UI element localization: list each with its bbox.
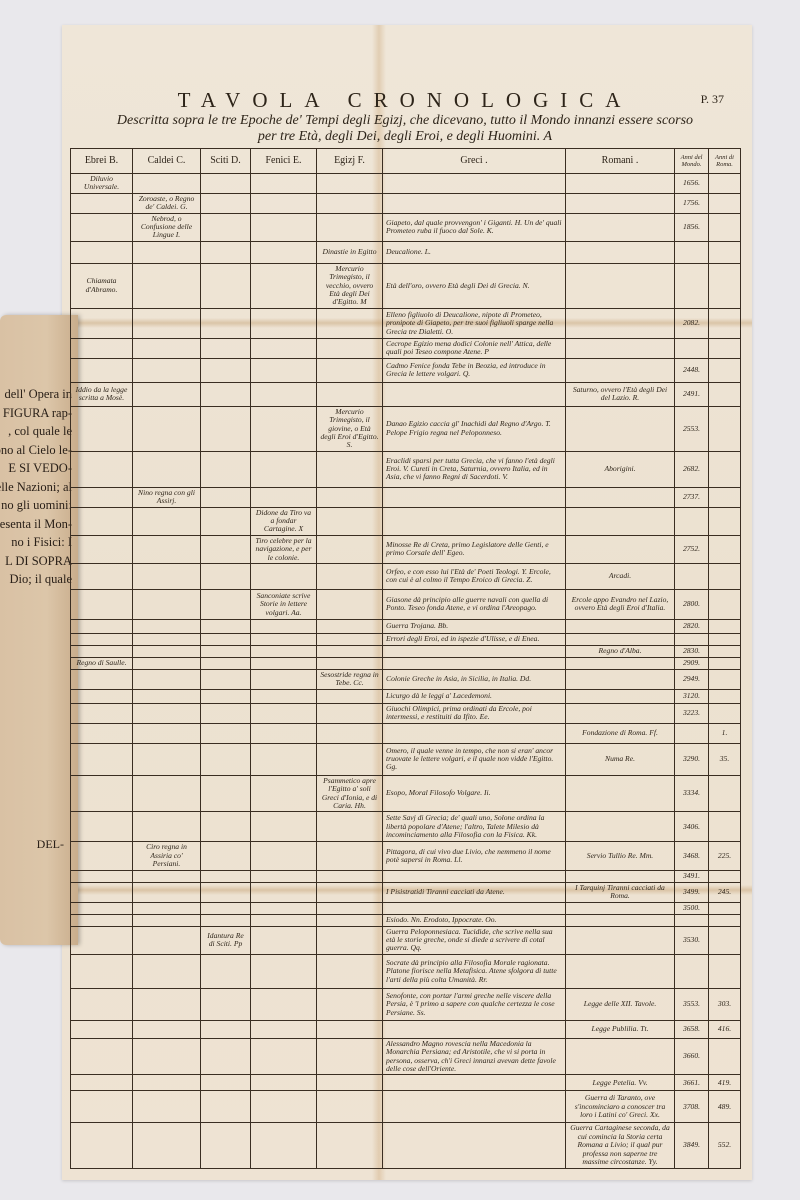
cell-ebrei: Regno di Saulle. [71,657,133,669]
cell-ebrei [71,870,133,882]
cell-caldei [133,775,201,812]
cell-egizj [317,882,383,902]
cell-mondo: 2752. [675,535,709,563]
cell-romani [566,689,675,703]
cell-sciti [201,914,251,926]
cell-greci [383,1091,566,1123]
cell-mondo: 2800. [675,589,709,619]
cell-egizj [317,487,383,507]
cell-sciti [201,589,251,619]
cell-mondo: 3223. [675,703,709,723]
cell-egizj [317,633,383,645]
cell-mondo: 1756. [675,193,709,213]
table-row: Cecrope Egizio mena dodici Colonie nell'… [71,338,741,358]
table-row: Orfeo, e con esso lui l'Età de' Poeti Te… [71,563,741,589]
cell-sciti [201,308,251,338]
cell-greci: Licurgo dà le leggi a' Lacedemoni. [383,689,566,703]
cell-mondo: 2082. [675,308,709,338]
cell-mondo: 3849. [675,1123,709,1168]
cell-egizj [317,507,383,535]
cell-ebrei: Iddio da la legge scritta a Mosè. [71,382,133,406]
cell-romani: Ercole appo Evandro nel Lazio, ovvero Et… [566,589,675,619]
cell-greci: I Pisistratidi Tiranni cacciati da Atene… [383,882,566,902]
cell-fenici [251,669,317,689]
column-header-row: Ebrei B.Caldei C.Sciti D.Fenici E.Egizj … [71,149,741,174]
cell-greci: Alessandro Magno rovescia nella Macedoni… [383,1038,566,1075]
cell-romani [566,507,675,535]
cell-ebrei: Diluvio Universale. [71,174,133,194]
cell-caldei [133,902,201,914]
table-row: Cadmo Fenice fonda Tebe in Beozia, ed in… [71,358,741,382]
cell-egizj: Sesostride regna in Tebe. Cc. [317,669,383,689]
cell-mondo [675,563,709,589]
cell-fenici [251,988,317,1020]
cell-mondo [675,241,709,263]
cell-mondo: 3708. [675,1091,709,1123]
cell-ebrei [71,954,133,988]
book-text-line: ono al Cielo le- [0,441,72,460]
cell-fenici [251,723,317,743]
cell-romani [566,174,675,194]
cell-egizj [317,988,383,1020]
cell-roma [709,1038,741,1075]
cell-greci [383,193,566,213]
cell-caldei [133,812,201,842]
cell-fenici: Tiro celebre per la navigazione, e per l… [251,535,317,563]
cell-roma: 245. [709,882,741,902]
cell-caldei: Ciro regna in Assiria co' Persiani. [133,842,201,870]
cell-greci [383,507,566,535]
cell-ebrei [71,914,133,926]
cell-fenici [251,213,317,241]
cell-romani: Guerra Cartaginese seconda, da cui comin… [566,1123,675,1168]
cell-mondo: 1656. [675,174,709,194]
table-row: Omero, il quale venne in tempo, che non … [71,743,741,775]
column-header: Greci . [383,149,566,174]
cell-sciti [201,723,251,743]
cell-ebrei [71,902,133,914]
cell-greci [383,902,566,914]
cell-greci [383,1075,566,1091]
cell-romani [566,308,675,338]
cell-romani: Fondazione di Roma. Ff. [566,723,675,743]
cell-roma [709,703,741,723]
cell-romani [566,487,675,507]
cell-mondo: 3658. [675,1020,709,1038]
cell-egizj [317,723,383,743]
column-header: Anni del Mondo. [675,149,709,174]
cell-sciti [201,358,251,382]
cell-sciti [201,1075,251,1091]
cell-egizj [317,338,383,358]
cell-romani [566,657,675,669]
cell-fenici [251,338,317,358]
table-row: I Pisistratidi Tiranni cacciati da Atene… [71,882,741,902]
cell-fenici [251,382,317,406]
cell-caldei [133,645,201,657]
table-row: Psammetico apre l'Egitto a' soli Greci d… [71,775,741,812]
book-text-line: no i Fisici: I [0,533,72,552]
cell-fenici [251,870,317,882]
cell-mondo [675,507,709,535]
table-row: Regno d'Alba.2830. [71,645,741,657]
cell-sciti [201,193,251,213]
cell-greci: Esiodo. Nn. Erodoto, Ippocrate. Oo. [383,914,566,926]
cell-roma [709,535,741,563]
cell-roma [709,657,741,669]
table-row: 3500. [71,902,741,914]
cell-ebrei [71,563,133,589]
cell-mondo: 3660. [675,1038,709,1075]
cell-ebrei [71,507,133,535]
book-text-line: elle Nazioni; al [0,478,72,497]
column-header: Fenici E. [251,149,317,174]
cell-egizj [317,619,383,633]
cell-greci: Danao Egizio caccia gl' Inachidi dal Reg… [383,406,566,451]
cell-egizj [317,589,383,619]
cell-ebrei [71,842,133,870]
cell-romani [566,633,675,645]
cell-fenici [251,926,317,954]
cell-mondo: 3661. [675,1075,709,1091]
table-row: Nebrod, o Confusione delle Lingue I.Giap… [71,213,741,241]
cell-romani [566,775,675,812]
cell-mondo: 2820. [675,619,709,633]
cell-caldei [133,633,201,645]
cell-roma [709,775,741,812]
cell-mondo: 3499. [675,882,709,902]
table-row: Nino regna con gli Assirj.2737. [71,487,741,507]
cell-caldei [133,1020,201,1038]
cell-roma [709,645,741,657]
cell-roma [709,914,741,926]
cell-fenici: Didone da Tiro va a fondar Cartagine. X [251,507,317,535]
cell-romani [566,406,675,451]
cell-egizj [317,451,383,487]
cell-fenici [251,358,317,382]
cell-greci: Eraclidi sparsi per tutta Grecia, che vi… [383,451,566,487]
cell-mondo: 3120. [675,689,709,703]
cell-egizj [317,954,383,988]
cell-greci [383,1123,566,1168]
cell-egizj [317,193,383,213]
cell-fenici [251,1075,317,1091]
book-text-line: no gli uomini: [0,496,72,515]
table-row: Giuochi Olimpici, prima ordinati da Erco… [71,703,741,723]
cell-greci: Pittagora, di cui vivo due Livio, che ne… [383,842,566,870]
cell-ebrei [71,1075,133,1091]
cell-sciti [201,870,251,882]
cell-greci: Esopo, Moral Filosofo Volgare. Ii. [383,775,566,812]
cell-fenici [251,633,317,645]
subtitle-line-2: per tre Età, degli Dei, degli Eroi, e de… [70,129,740,145]
cell-roma [709,954,741,988]
cell-roma [709,619,741,633]
cell-caldei [133,703,201,723]
cell-egizj [317,842,383,870]
cell-ebrei [71,338,133,358]
book-text-line: L DI SOPRA [0,552,72,571]
cell-sciti [201,241,251,263]
cell-mondo: 2682. [675,451,709,487]
table-row: Ciro regna in Assiria co' Persiani.Pitta… [71,842,741,870]
cell-caldei [133,406,201,451]
cell-fenici [251,308,317,338]
cell-caldei [133,382,201,406]
cell-caldei [133,988,201,1020]
cell-greci: Orfeo, e con esso lui l'Età de' Poeti Te… [383,563,566,589]
cell-caldei: Nino regna con gli Assirj. [133,487,201,507]
cell-roma: 225. [709,842,741,870]
cell-caldei [133,870,201,882]
cell-greci: Omero, il quale venne in tempo, che non … [383,743,566,775]
cell-roma [709,926,741,954]
cell-mondo [675,263,709,308]
cell-mondo: 2909. [675,657,709,669]
table-row: Guerra Trojana. Bb.2820. [71,619,741,633]
cell-ebrei [71,1038,133,1075]
cell-fenici [251,842,317,870]
table-row: Legge Publilia. Tt.3658.416. [71,1020,741,1038]
column-header: Sciti D. [201,149,251,174]
cell-ebrei [71,487,133,507]
cell-egizj [317,382,383,406]
cell-roma [709,812,741,842]
cell-fenici [251,263,317,308]
cell-egizj [317,902,383,914]
cell-romani [566,669,675,689]
table-row: Dinastie in EgittoDeucalione. L. [71,241,741,263]
table-row: Licurgo dà le leggi a' Lacedemoni.3120. [71,689,741,703]
table-row: Sesostride regna in Tebe. Cc.Colonie Gre… [71,669,741,689]
cell-egizj [317,563,383,589]
cell-fenici [251,954,317,988]
cell-caldei [133,619,201,633]
cell-mondo: 3491. [675,870,709,882]
cell-caldei [133,669,201,689]
cell-egizj [317,1123,383,1168]
cell-fenici [251,174,317,194]
cell-sciti [201,842,251,870]
cell-greci: Cadmo Fenice fonda Tebe in Beozia, ed in… [383,358,566,382]
cell-fenici [251,914,317,926]
cell-greci: Cecrope Egizio mena dodici Colonie nell'… [383,338,566,358]
table-body: Diluvio Universale.1656.Zoroaste, o Regn… [71,174,741,1169]
cell-ebrei [71,213,133,241]
table-row: Chiamata d'Abramo.Mercurio Trimegisto, i… [71,263,741,308]
cell-mondo [675,954,709,988]
chronology-table: Ebrei B.Caldei C.Sciti D.Fenici E.Egizj … [70,148,741,1169]
cell-sciti [201,563,251,589]
cell-romani: I Tarquinj Tiranni cacciati da Roma. [566,882,675,902]
cell-caldei: Nebrod, o Confusione delle Lingue I. [133,213,201,241]
cell-greci: Deucalione. L. [383,241,566,263]
table-row: Legge Petelia. Vv.3661.419. [71,1075,741,1091]
book-text-line: Dio; il quale [0,570,72,589]
column-header: Ebrei B. [71,149,133,174]
cell-mondo [675,633,709,645]
cell-mondo: 3290. [675,743,709,775]
cell-roma [709,174,741,194]
cell-caldei [133,743,201,775]
cell-romani: Aborigini. [566,451,675,487]
cell-romani: Numa Re. [566,743,675,775]
table-row: Tiro celebre per la navigazione, e per l… [71,535,741,563]
table-row: Diluvio Universale.1656. [71,174,741,194]
cell-caldei [133,589,201,619]
cell-caldei [133,338,201,358]
cell-fenici [251,703,317,723]
table-row: Sanconiate scrive Storie in lettere volg… [71,589,741,619]
cell-caldei [133,358,201,382]
cell-caldei [133,308,201,338]
cell-roma: 419. [709,1075,741,1091]
cell-caldei [133,914,201,926]
cell-caldei [133,507,201,535]
cell-egizj [317,358,383,382]
cell-mondo: 3334. [675,775,709,812]
cell-caldei [133,241,201,263]
cell-sciti: Idantura Re di Sciti. Pp [201,926,251,954]
cell-fenici [251,619,317,633]
column-header: Egizj F. [317,149,383,174]
cell-romani: Servio Tullio Re. Mm. [566,842,675,870]
cell-romani [566,902,675,914]
table-row: 3491. [71,870,741,882]
cell-sciti [201,988,251,1020]
cell-egizj [317,645,383,657]
cell-egizj: Mercurio Trimegisto, il vecchio, ovvero … [317,263,383,308]
cell-romani [566,914,675,926]
cell-sciti [201,174,251,194]
page-number: P. 37 [701,92,724,107]
table-row: Alessandro Magno rovescia nella Macedoni… [71,1038,741,1075]
table-row: Esiodo. Nn. Erodoto, Ippocrate. Oo. [71,914,741,926]
cell-fenici [251,775,317,812]
cell-mondo [675,338,709,358]
cell-caldei [133,174,201,194]
cell-fenici [251,241,317,263]
cell-mondo: 3468. [675,842,709,870]
cell-sciti [201,669,251,689]
cell-greci [383,487,566,507]
cell-sciti [201,507,251,535]
cell-romani: Legge Publilia. Tt. [566,1020,675,1038]
cell-mondo [675,914,709,926]
cell-egizj [317,1038,383,1075]
cell-roma [709,338,741,358]
cell-sciti [201,1038,251,1075]
cell-romani: Legge delle XII. Tavole. [566,988,675,1020]
cell-fenici [251,1123,317,1168]
table-row: Iddio da la legge scritta a Mosè.Saturno… [71,382,741,406]
cell-caldei [133,1091,201,1123]
cell-ebrei: Chiamata d'Abramo. [71,263,133,308]
cell-egizj [317,535,383,563]
cell-greci: Giapeto, dal quale provvengon' i Giganti… [383,213,566,241]
cell-fenici [251,1020,317,1038]
cell-romani [566,703,675,723]
cell-sciti [201,633,251,645]
table-row: Guerra Cartaginese seconda, da cui comin… [71,1123,741,1168]
cell-ebrei [71,535,133,563]
cell-ebrei [71,619,133,633]
cell-caldei [133,535,201,563]
cell-ebrei [71,988,133,1020]
cell-fenici [251,406,317,451]
table-row: Zoroaste, o Regno de' Caldei. G.1756. [71,193,741,213]
cell-caldei: Zoroaste, o Regno de' Caldei. G. [133,193,201,213]
cell-greci: Sette Savj di Grecia; de' quali uno, Sol… [383,812,566,842]
cell-egizj [317,926,383,954]
cell-ebrei [71,723,133,743]
cell-roma [709,563,741,589]
cell-ebrei [71,689,133,703]
cell-greci [383,174,566,194]
cell-romani: Regno d'Alba. [566,645,675,657]
cell-ebrei [71,926,133,954]
cell-mondo: 3406. [675,812,709,842]
cell-sciti [201,1091,251,1123]
cell-egizj [317,689,383,703]
cell-ebrei [71,406,133,451]
cell-romani [566,812,675,842]
cell-ebrei [71,703,133,723]
table-row: Idantura Re di Sciti. PpGuerra Peloponne… [71,926,741,954]
cell-greci [383,645,566,657]
cell-greci [383,657,566,669]
cell-roma [709,263,741,308]
cell-roma [709,193,741,213]
cell-egizj [317,1075,383,1091]
table-row: Regno di Saulle.2909. [71,657,741,669]
cell-roma [709,451,741,487]
table-title-block: P. 37 TAVOLA CRONOLOGICA Descritta sopra… [70,88,740,145]
cell-roma [709,633,741,645]
cell-roma [709,487,741,507]
table-row: Socrate dà principio alla Filosofia Mora… [71,954,741,988]
cell-roma: 35. [709,743,741,775]
cell-mondo: 3530. [675,926,709,954]
cell-mondo [675,723,709,743]
cell-mondo: 2949. [675,669,709,689]
cell-egizj: Psammetico apre l'Egitto a' soli Greci d… [317,775,383,812]
subtitle-line-1: Descritta sopra le tre Epoche de' Tempi … [70,113,740,129]
cell-roma [709,870,741,882]
cell-egizj [317,870,383,882]
table-row: Elleno figliuolo di Deucalione, nipote d… [71,308,741,338]
book-text-line: , col quale le [0,422,72,441]
column-header: Anni di Roma. [709,149,741,174]
table-row: Sette Savj di Grecia; de' quali uno, Sol… [71,812,741,842]
cell-fenici [251,689,317,703]
cell-roma [709,382,741,406]
cell-fenici [251,902,317,914]
table-row: Fondazione di Roma. Ff.1. [71,723,741,743]
cell-mondo: 2553. [675,406,709,451]
cell-ebrei [71,812,133,842]
cell-egizj [317,1091,383,1123]
cell-greci: Guerra Trojana. Bb. [383,619,566,633]
cell-fenici [251,657,317,669]
cell-egizj [317,914,383,926]
cell-caldei [133,882,201,902]
cell-roma [709,406,741,451]
cell-greci [383,1020,566,1038]
cell-romani [566,619,675,633]
cell-fenici [251,645,317,657]
cell-roma: 1. [709,723,741,743]
